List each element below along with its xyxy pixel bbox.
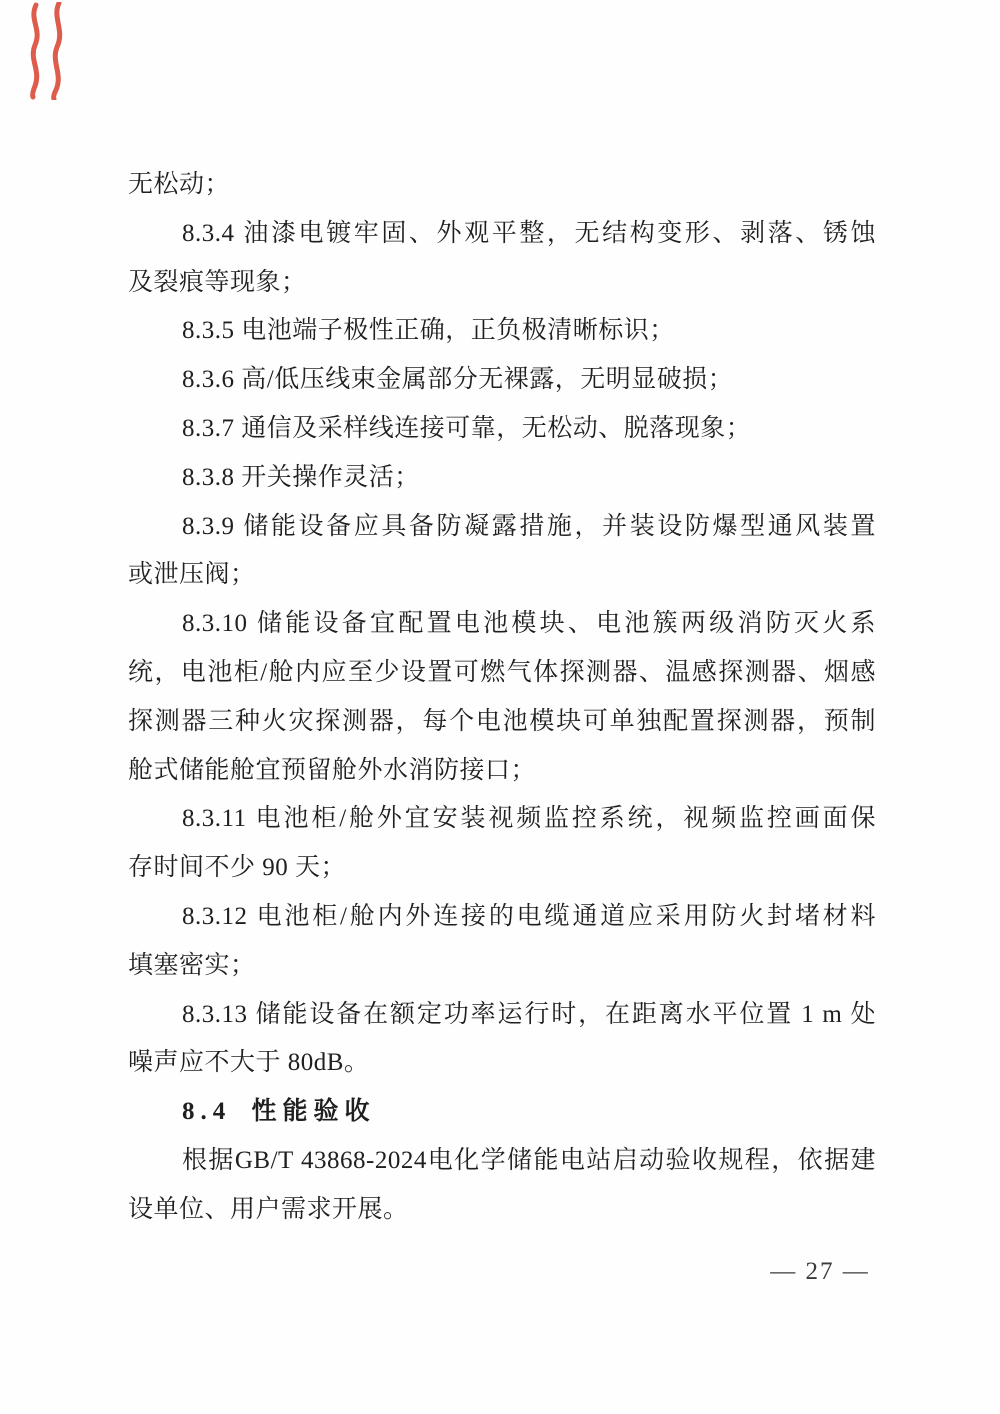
document-body: 无松动；8.3.4 油漆电镀牢固、外观平整，无结构变形、剥落、锈蚀及裂痕等现象；… [128, 161, 876, 1235]
text-line: 8.3.5 电池端子极性正确，正负极清晰标识； [128, 307, 876, 356]
text-line: 8.3.10 储能设备宜配置电池模块、电池簇两级消防灭火系 [128, 600, 876, 649]
text-line: 或泄压阀； [128, 551, 876, 600]
text-line: 根据GB/T 43868-2024电化学储能电站启动验收规程，依据建 [128, 1137, 876, 1186]
text-line: 设单位、用户需求开展。 [128, 1186, 876, 1235]
text-line: 无松动； [128, 161, 876, 210]
document-page: 无松动；8.3.4 油漆电镀牢固、外观平整，无结构变形、剥落、锈蚀及裂痕等现象；… [0, 0, 1000, 1414]
text-line: 8.3.6 高/低压线束金属部分无裸露，无明显破损； [128, 356, 876, 405]
text-line: 8.3.4 油漆电镀牢固、外观平整，无结构变形、剥落、锈蚀 [128, 210, 876, 259]
text-line: 探测器三种火灾探测器，每个电池模块可单独配置探测器，预制 [128, 698, 876, 747]
text-line: 存时间不少 90 天； [128, 844, 876, 893]
text-line: 噪声应不大于 80dB。 [128, 1039, 876, 1088]
page-number: — 27 — [745, 1258, 895, 1286]
clause-heading: 8.4 性能验收 [128, 1088, 876, 1137]
page-number-text: — 27 — [770, 1258, 870, 1285]
text-line: 8.3.13 储能设备在额定功率运行时，在距离水平位置 1 m 处 [128, 991, 876, 1040]
text-line: 统，电池柜/舱内应至少设置可燃气体探测器、温感探测器、烟感 [128, 649, 876, 698]
text-line: 8.3.12 电池柜/舱内外连接的电缆通道应采用防火封堵材料 [128, 893, 876, 942]
text-line: 填塞密实； [128, 942, 876, 991]
text-line: 及裂痕等现象； [128, 259, 876, 308]
text-line: 8.3.9 储能设备应具备防凝露措施，并装设防爆型通风装置 [128, 503, 876, 552]
red-ink-scribble [26, 2, 70, 100]
text-line: 8.3.8 开关操作灵活； [128, 454, 876, 503]
text-line: 8.3.11 电池柜/舱外宜安装视频监控系统，视频监控画面保 [128, 795, 876, 844]
text-line: 舱式储能舱宜预留舱外水消防接口； [128, 747, 876, 796]
text-line: 8.3.7 通信及采样线连接可靠，无松动、脱落现象； [128, 405, 876, 454]
